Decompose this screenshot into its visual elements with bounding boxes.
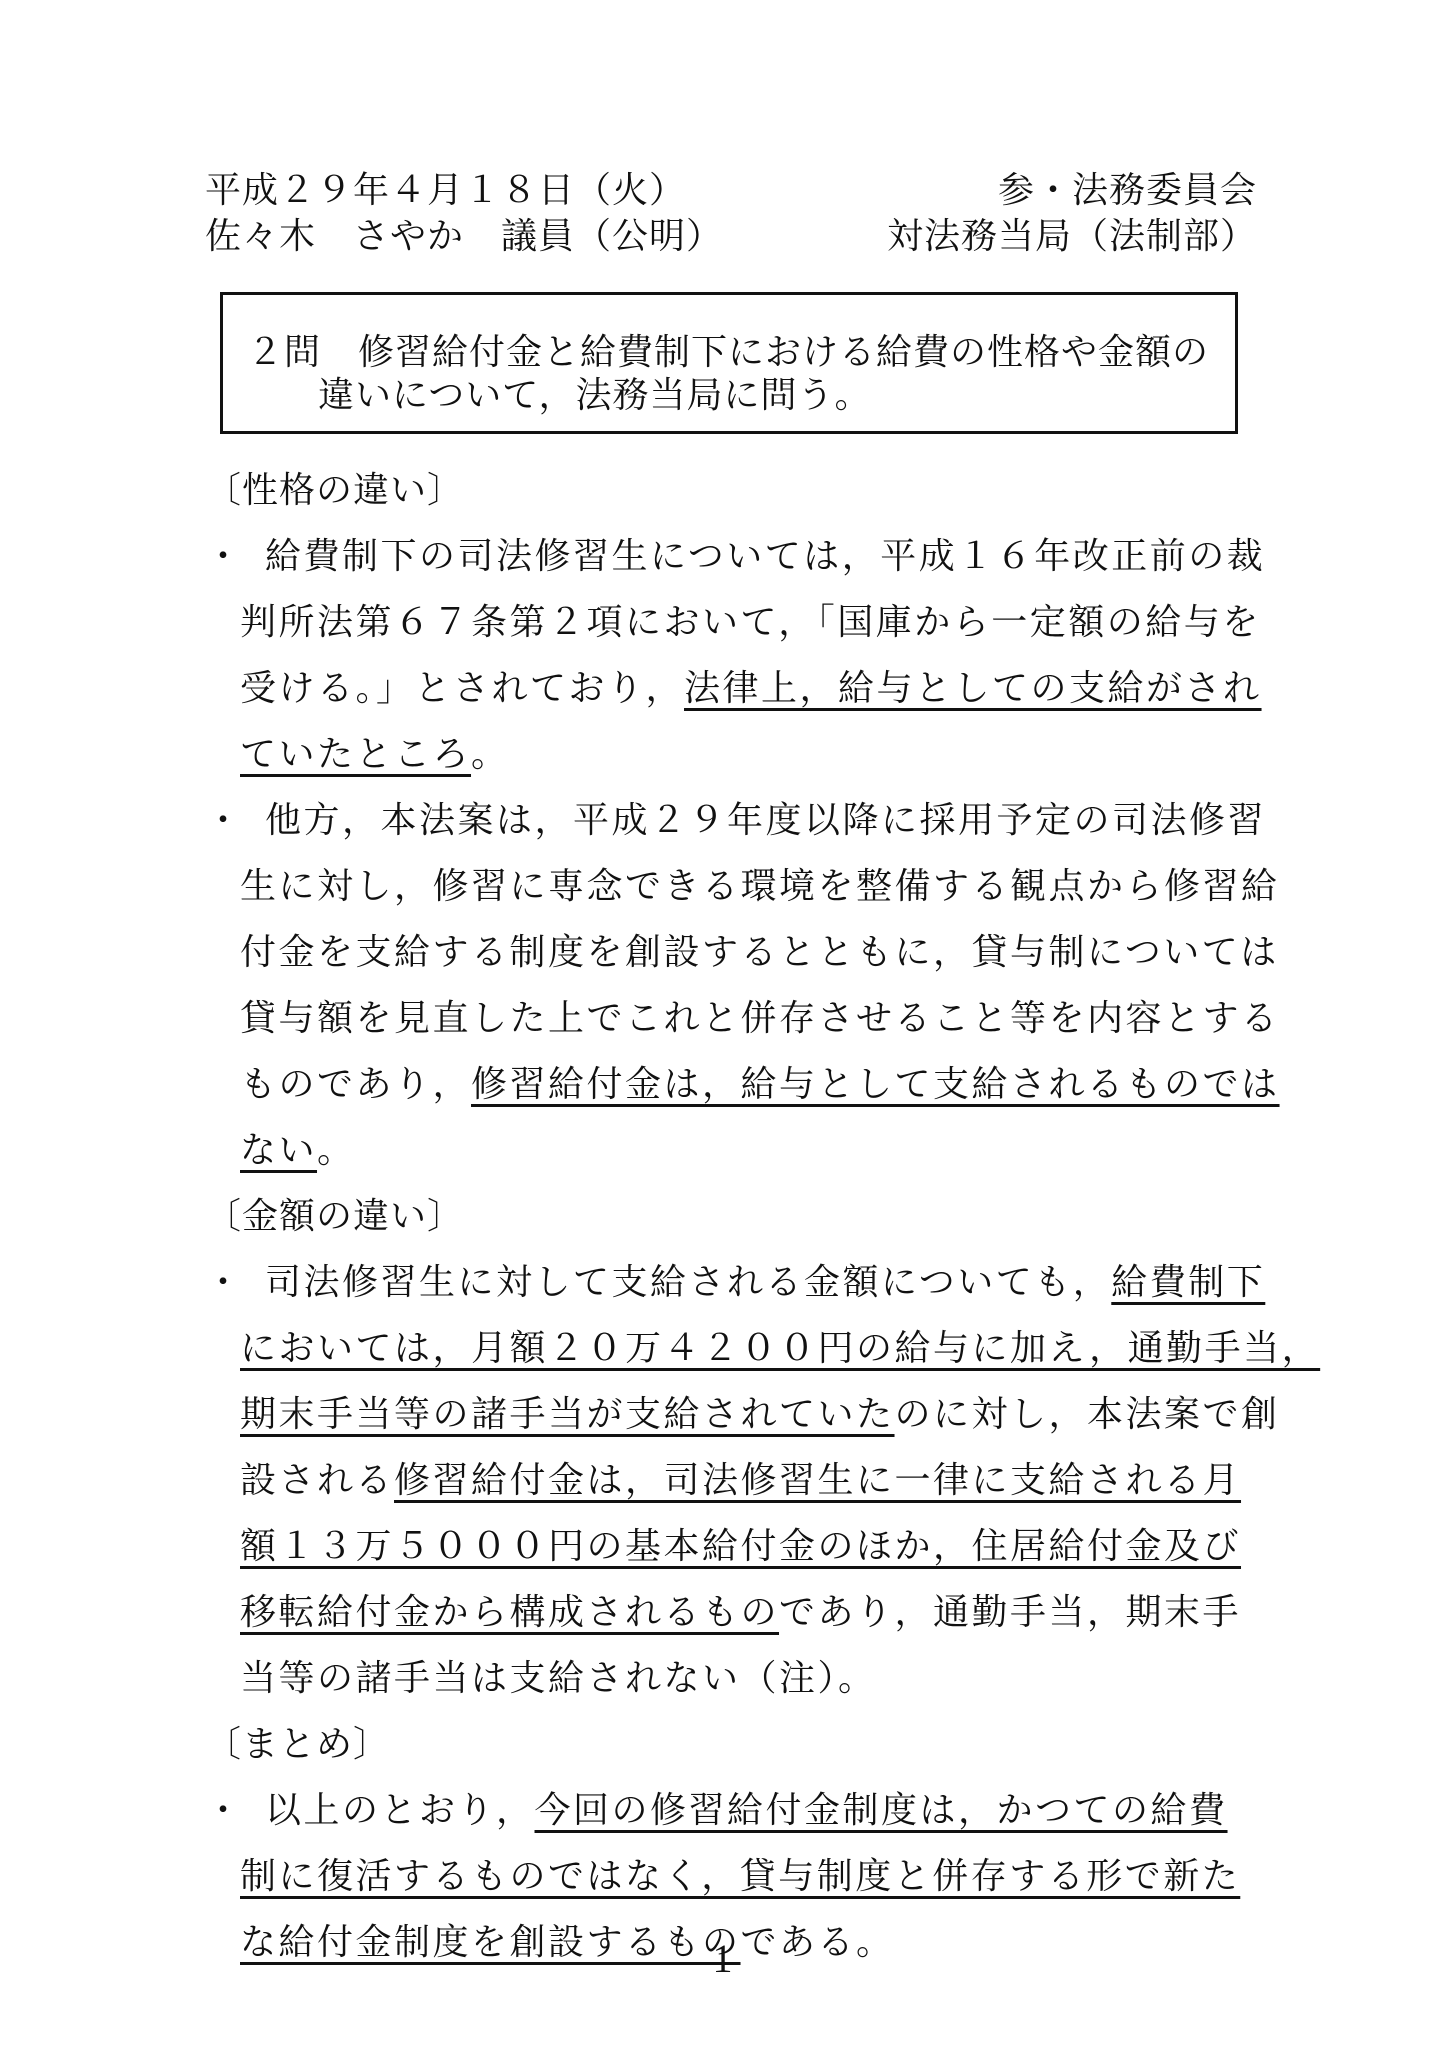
bullet-item-line: 設される修習給付金は，司法修習生に一律に支給される月: [205, 1448, 1265, 1514]
underlined-text: 給費制下: [1111, 1262, 1265, 1303]
bullet-item-first-line: ・以上のとおり，今回の修習給付金制度は，かつての給費: [205, 1778, 1265, 1844]
meeting-date: 平成２９年４月１８日（火）: [205, 168, 723, 214]
text-run: 受ける。」とされており，: [240, 668, 684, 709]
text-run: 他方，本法案は，平成２９年度以降に採用予定の司法修習: [265, 800, 1266, 841]
bullet-item-line: 生に対し，修習に専念できる環境を整備する観点から修習給: [205, 854, 1265, 920]
text-run: 。: [471, 734, 510, 775]
bullet-item-line: においては，月額２０万４２００円の給与に加え，通勤手当，: [205, 1316, 1265, 1382]
bullet-item-line: 額１３万５０００円の基本給付金のほか，住居給付金及び: [205, 1514, 1265, 1580]
underlined-text: 制に復活するものではなく，貸与制度と併存する形で新た: [240, 1856, 1240, 1897]
text-run: 。: [317, 1130, 356, 1171]
committee-name: 参・法務委員会: [887, 168, 1257, 214]
underlined-text: 法律上，給与としての支給がされ: [684, 668, 1262, 709]
question-line-2: 違いについて，法務当局に問う。: [318, 373, 872, 419]
underlined-text: ない: [240, 1130, 317, 1171]
underlined-text: 今回の修習給付金制度は，かつての給費: [535, 1790, 1228, 1831]
bullet-item-first-line: ・給費制下の司法修習生については，平成１６年改正前の裁: [205, 524, 1265, 590]
bullet-item-line: 移転給付金から構成されるものであり，通勤手当，期末手: [205, 1580, 1265, 1646]
question-line-1: ２問 修習給付金と給費制下における給費の性格や金額の: [247, 330, 1209, 376]
section-heading: 〔金額の違い〕: [205, 1184, 1265, 1250]
text-run: 設される: [240, 1460, 394, 1501]
text-run: 給費制下の司法修習生については，平成１６年改正前の裁: [265, 536, 1265, 577]
underlined-text: 修習給付金は，司法修習生に一律に支給される月: [394, 1460, 1241, 1501]
bullet-item-line: 付金を支給する制度を創設するとともに，貸与制については: [205, 920, 1265, 986]
bullet-item-line: 当等の諸手当は支給されない（注）。: [205, 1646, 1265, 1712]
bullet-icon: ・: [205, 1250, 265, 1316]
text-run: 貸与額を見直した上でこれと併存させること等を内容とする: [240, 998, 1280, 1039]
bullet-item-line: ものであり，修習給付金は，給与として支給されるものでは: [205, 1052, 1265, 1118]
bullet-item-line: 期末手当等の諸手当が支給されていたのに対し，本法案で創: [205, 1382, 1265, 1448]
underlined-text: 額１３万５０００円の基本給付金のほか，住居給付金及び: [240, 1526, 1241, 1567]
bullet-icon: ・: [205, 788, 265, 854]
bullet-item-line: ていたところ。: [205, 722, 1265, 788]
question-box: ２問 修習給付金と給費制下における給費の性格や金額の 違いについて，法務当局に問…: [220, 292, 1238, 434]
underlined-text: 修習給付金は，給与として支給されるものでは: [471, 1064, 1280, 1105]
underlined-text: 期末手当等の諸手当が支給されていた: [240, 1394, 895, 1435]
document-page: 平成２９年４月１８日（火） 佐々木 さやか 議員（公明） 参・法務委員会 対法務…: [0, 0, 1445, 2048]
underlined-text: ていたところ: [240, 734, 471, 775]
bullet-item-line: 制に復活するものではなく，貸与制度と併存する形で新た: [205, 1844, 1265, 1910]
underlined-text: 移転給付金から構成されるもの: [240, 1592, 779, 1633]
section-heading: 〔まとめ〕: [205, 1712, 1265, 1778]
bullet-item-line: 受ける。」とされており，法律上，給与としての支給がされ: [205, 656, 1265, 722]
bullet-item-first-line: ・他方，本法案は，平成２９年度以降に採用予定の司法修習: [205, 788, 1265, 854]
text-run: 司法修習生に対して支給される金額についても，: [265, 1262, 1111, 1303]
text-run: 生に対し，修習に専念できる環境を整備する観点から修習給: [240, 866, 1280, 907]
bullet-icon: ・: [205, 1778, 265, 1844]
bullet-item-line: 判所法第６７条第２項において，「国庫から一定額の給与を: [205, 590, 1265, 656]
bullet-item-line: ない。: [205, 1118, 1265, 1184]
bullet-item-line: 貸与額を見直した上でこれと併存させること等を内容とする: [205, 986, 1265, 1052]
bullet-icon: ・: [205, 524, 265, 590]
text-run: のに対し，本法案で創: [895, 1394, 1280, 1435]
text-run: 付金を支給する制度を創設するとともに，貸与制については: [240, 932, 1279, 973]
questioner: 佐々木 さやか 議員（公明）: [205, 214, 723, 260]
text-run: 以上のとおり，: [265, 1790, 535, 1831]
text-run: 判所法第６７条第２項において，「国庫から一定額の給与を: [240, 602, 1261, 643]
text-run: ものであり，: [240, 1064, 471, 1105]
underlined-text: においては，月額２０万４２００円の給与に加え，通勤手当，: [240, 1328, 1320, 1369]
text-run: 当等の諸手当は支給されない（注）。: [240, 1658, 877, 1699]
header-left: 平成２９年４月１８日（火） 佐々木 さやか 議員（公明）: [205, 168, 723, 260]
section-heading: 〔性格の違い〕: [205, 458, 1265, 524]
text-run: であり，通勤手当，期末手: [779, 1592, 1241, 1633]
bullet-item-first-line: ・司法修習生に対して支給される金額についても，給費制下: [205, 1250, 1265, 1316]
page-number: 1: [0, 1935, 1445, 1982]
respondent: 対法務当局（法制部）: [887, 214, 1257, 260]
header-right: 参・法務委員会 対法務当局（法制部）: [887, 168, 1257, 260]
answer-body: 〔性格の違い〕・給費制下の司法修習生については，平成１６年改正前の裁判所法第６７…: [205, 458, 1265, 1976]
